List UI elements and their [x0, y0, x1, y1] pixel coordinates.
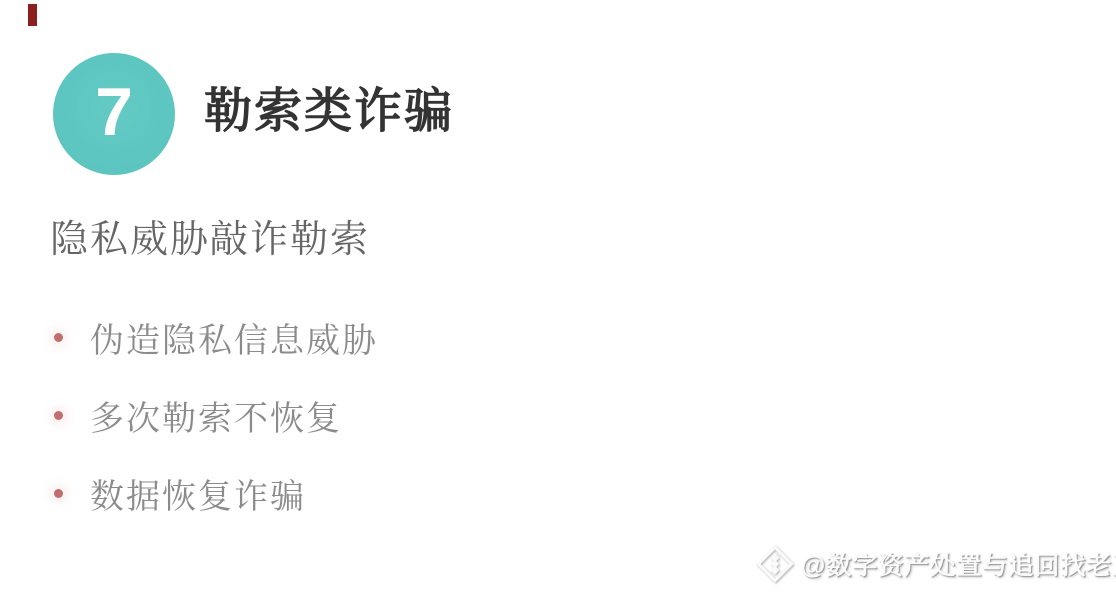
bullet-text: 数据恢复诈骗 [90, 469, 306, 518]
section-number-badge: 7 [53, 53, 175, 175]
bullet-text: 伪造隐私信息威胁 [90, 313, 378, 362]
bullet-dot-icon [54, 489, 63, 498]
corner-red-mark [28, 4, 37, 26]
list-item: 伪造隐私信息威胁 [54, 315, 378, 359]
list-item: 数据恢复诈骗 [54, 471, 306, 515]
bullet-dot-icon [54, 333, 63, 342]
watermark-text: @数字资产处置与追回找老王 [801, 546, 1116, 582]
diamond-logo-icon [756, 544, 794, 584]
slide: 7 勒索类诈骗 隐私威胁敲诈勒索 伪造隐私信息威胁 多次勒索不恢复 数据恢复诈骗… [0, 0, 1116, 592]
bullet-dot-icon [54, 411, 63, 420]
list-item: 多次勒索不恢复 [54, 393, 342, 437]
page-title: 勒索类诈骗 [204, 86, 454, 138]
subtitle: 隐私威胁敲诈勒索 [50, 218, 370, 262]
section-number: 7 [95, 78, 133, 146]
watermark: @数字资产处置与追回找老王 [756, 544, 1116, 584]
bullet-text: 多次勒索不恢复 [90, 391, 342, 440]
